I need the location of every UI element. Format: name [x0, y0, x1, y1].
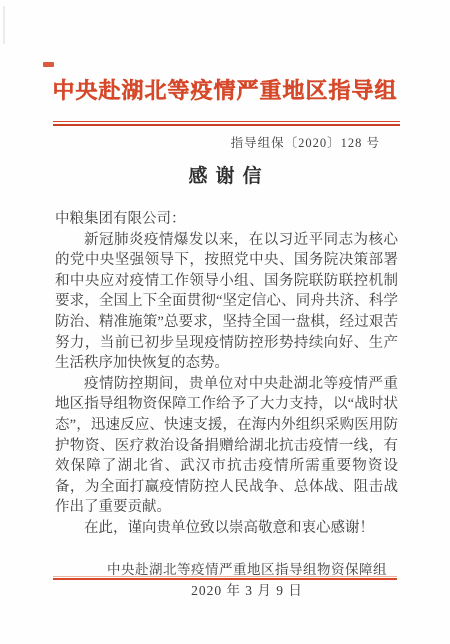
letter-title: 感谢信: [0, 164, 450, 190]
scan-edge-artifact: [3, 6, 5, 44]
paragraph-3: 在此，谨向贵单位致以崇高敬意和衷心感谢！: [55, 518, 398, 539]
footer-double-rule: [53, 576, 397, 580]
letterhead-double-rule: [53, 121, 400, 126]
scanned-letter-page: 中央赴湖北等疫情严重地区指导组 指导组保〔2020〕128 号 感谢信 中粮集团…: [0, 0, 450, 644]
paragraph-2: 疫情防控期间，贵单位对中央赴湖北等疫情严重地区指导组物资保障工作给予了大力支持，…: [55, 374, 398, 518]
letterhead-org-title: 中央赴湖北等疫情严重地区指导组: [28, 76, 422, 106]
signature-block: 中央赴湖北等疫情严重地区指导组物资保障组 2020 年 3 月 9 日: [0, 560, 450, 601]
red-scan-mark: [43, 62, 54, 67]
letter-date: 2020 年 3 月 9 日: [107, 581, 387, 601]
document-ref-number: 指导组保〔2020〕128 号: [0, 135, 450, 151]
paragraph-1: 新冠肺炎疫情爆发以来，在以习近平同志为核心的党中央坚强领导下，按照党中央、国务院…: [55, 230, 398, 374]
salutation: 中粮集团有限公司：: [55, 209, 398, 230]
letter-body: 中粮集团有限公司： 新冠肺炎疫情爆发以来，在以习近平同志为核心的党中央坚强领导下…: [55, 209, 398, 539]
